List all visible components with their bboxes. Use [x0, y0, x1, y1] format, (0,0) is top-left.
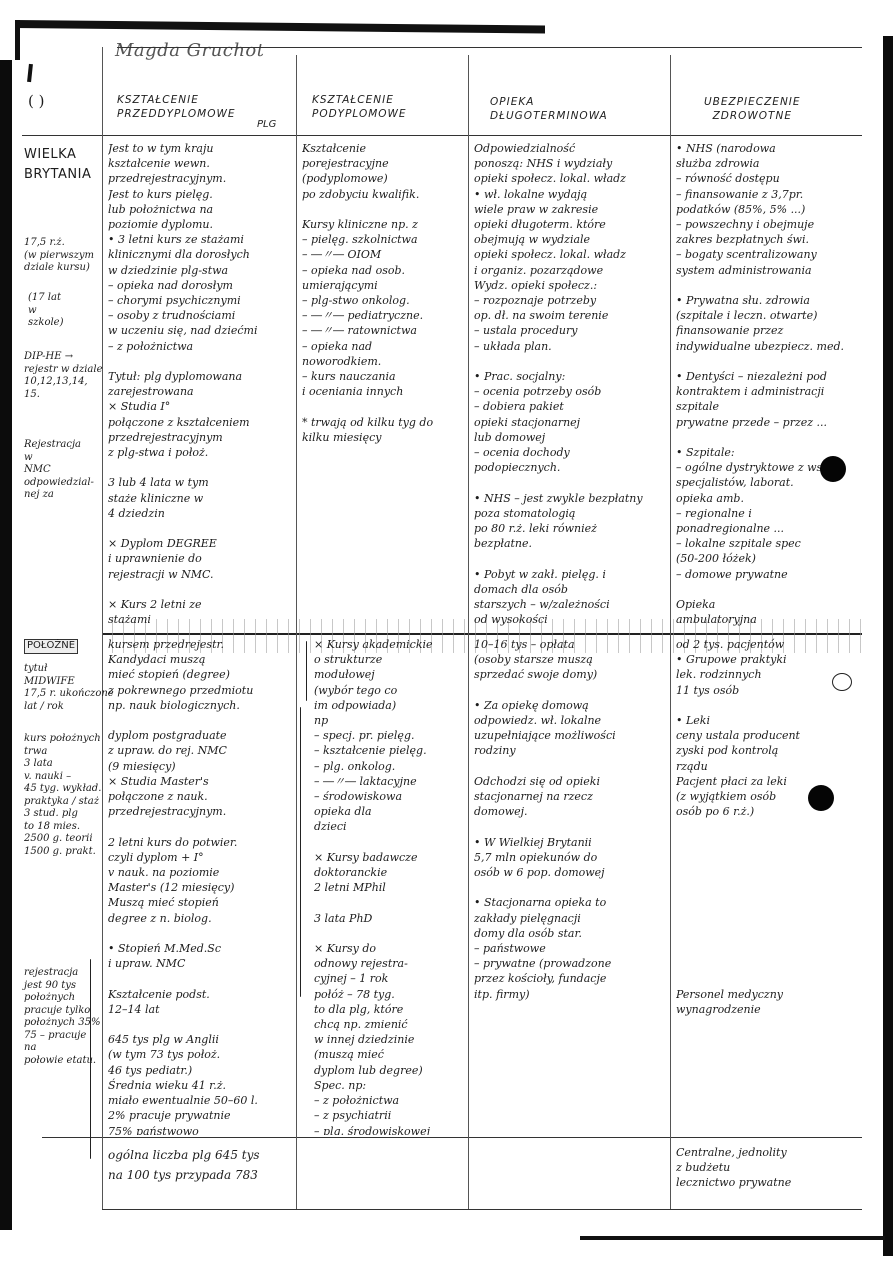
header-long-term-care: OPIEKA DŁUGOTERMINOWA: [490, 95, 608, 123]
scan-border-bottom: [580, 1236, 885, 1240]
gb-pre-diploma-education: Jest to w tym kraju kształcenie wewn. pr…: [108, 141, 294, 629]
table-bottom-rule: [102, 1209, 862, 1210]
side-note-registration: Rejestracja w NMC odpowiedzial- nej za: [24, 439, 94, 502]
header-pre-diploma: KSZTAŁCENIE PRZEDDYPLOMOWE: [117, 93, 236, 121]
title-rule: [117, 47, 862, 48]
header-health-insurance: UBEZPIECZENIE ZDROWOTNE: [704, 95, 801, 123]
scan-border-top: [15, 20, 545, 34]
total-nurses-note: ogólna liczba plg 645 tys na 100 tys prz…: [108, 1145, 294, 1205]
row-divider-2: [42, 1137, 862, 1138]
bracket-post: [300, 707, 301, 997]
scan-border-corner: [15, 20, 20, 60]
side-note-age: 17,5 r.ż. (w pierwszym dziale kursu): [24, 237, 94, 275]
gb-health-insurance: • NHS (narodowa służba zdrowia – równość…: [676, 141, 858, 629]
side-note-diploma: DIP-HE → rejestr w dziale 10,12,13,14, 1…: [24, 351, 103, 401]
gb-post-diploma-education: Kształcenie porejestracyjne (podyplomowe…: [302, 141, 466, 611]
curly-brace: [90, 959, 91, 1159]
central-budget-note: Centralne, jednolity z budżetu lecznictw…: [676, 1145, 858, 1205]
midwives-long-term-care: 10–16 tys – opłata (osoby starsze muszą …: [474, 637, 668, 1135]
comparison-table: ( ) KSZTAŁCENIE PRZEDDYPLOMOWE PLG KSZTA…: [22, 47, 864, 1207]
gb-long-term-care: Odpowiedzialność ponoszą: NHS i wydziały…: [474, 141, 668, 629]
column-divider-2: [468, 55, 469, 1209]
midwives-health-insurance: od 2 tys. pacjentów • Grupowe praktyki l…: [676, 637, 858, 1135]
side-note-midwife-course: kurs położnych trwa 3 lata v. nauki – 45…: [24, 733, 101, 858]
midwives-post-diploma-education: × Kursy akademickie o strukturze modułow…: [314, 637, 466, 1135]
empty-cell-care: [474, 1145, 668, 1205]
country-label-great-britain: WIELKA BRYTANIA: [24, 145, 91, 185]
midwives-pre-diploma-education: kursem przedrejestr. Kandydaci muszą mie…: [108, 637, 294, 1135]
header-pre-diploma-sub: PLG: [257, 119, 276, 130]
column-divider-3: [670, 55, 671, 1209]
scan-border-left: [0, 60, 12, 1230]
side-note-school-years: (17 lat w szkole): [28, 292, 64, 330]
scan-border-right: [883, 36, 893, 1256]
circled-mark: [832, 673, 852, 691]
header-post-diploma: KSZTAŁCENIE PODYPLOMOWE: [312, 93, 407, 121]
column-divider-1: [296, 55, 297, 1209]
ink-blot: [820, 456, 846, 482]
empty-cell-post: [302, 1145, 466, 1205]
side-note-midwife-title: tytuł MIDWIFE 17,5 r. ukończone lat / ro…: [24, 663, 114, 713]
ink-blot: [808, 785, 834, 811]
row-marker: ( ): [28, 95, 44, 108]
curly-brace-post: [306, 641, 307, 701]
country-label-midwives: POŁOŻNE: [24, 639, 78, 654]
column-divider-0: [102, 47, 103, 1209]
header-rule: [22, 135, 862, 136]
